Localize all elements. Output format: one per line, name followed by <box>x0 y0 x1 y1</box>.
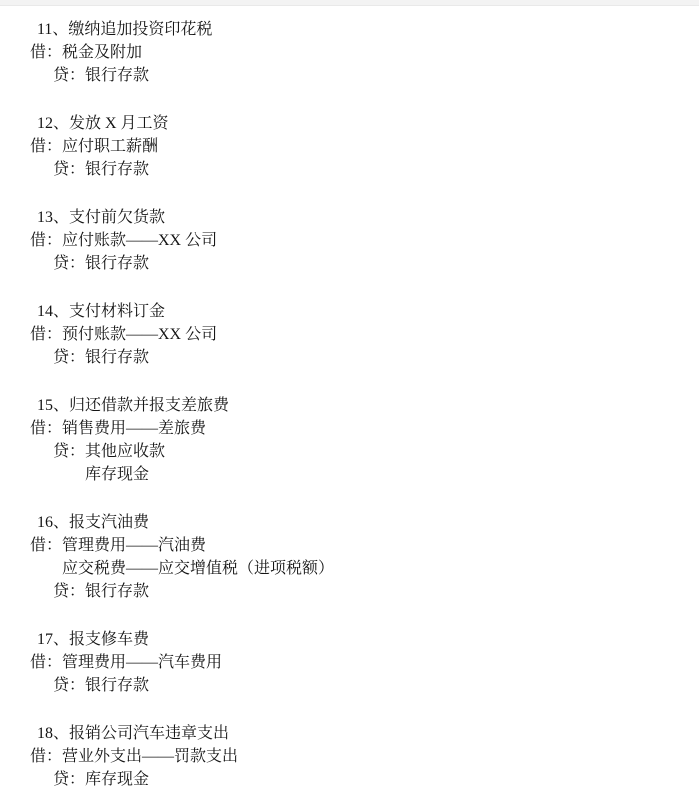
debit-line: 借：管理费用——汽车费用 <box>0 651 699 674</box>
journal-entry-14: 14、支付材料订金 借：预付账款——XX 公司 贷：银行存款 <box>0 300 699 369</box>
entry-title: 16、报支汽油费 <box>0 511 699 534</box>
entry-title: 13、支付前欠货款 <box>0 206 699 229</box>
debit-line: 借：税金及附加 <box>0 41 699 64</box>
credit-line: 贷：银行存款 <box>0 674 699 697</box>
journal-entry-11: 11、缴纳追加投资印花税 借：税金及附加 贷：银行存款 <box>0 18 699 87</box>
debit-line: 借：预付账款——XX 公司 <box>0 323 699 346</box>
entry-title: 15、归还借款并报支差旅费 <box>0 394 699 417</box>
debit-line: 借：营业外支出——罚款支出 <box>0 745 699 768</box>
journal-entries-document: 11、缴纳追加投资印花税 借：税金及附加 贷：银行存款 12、发放 X 月工资 … <box>0 6 699 791</box>
journal-entry-15: 15、归还借款并报支差旅费 借：销售费用——差旅费 贷：其他应收款 库存现金 <box>0 394 699 486</box>
entry-title: 17、报支修车费 <box>0 628 699 651</box>
debit-line: 借：应付职工薪酬 <box>0 135 699 158</box>
entry-title: 12、发放 X 月工资 <box>0 112 699 135</box>
entry-title: 11、缴纳追加投资印花税 <box>0 18 699 41</box>
credit-line: 贷：库存现金 <box>0 768 699 791</box>
debit-line: 借：管理费用——汽油费 <box>0 534 699 557</box>
journal-entry-12: 12、发放 X 月工资 借：应付职工薪酬 贷：银行存款 <box>0 112 699 181</box>
credit-line-2: 库存现金 <box>0 463 699 486</box>
debit-line: 借：应付账款——XX 公司 <box>0 229 699 252</box>
credit-line: 贷：银行存款 <box>0 346 699 369</box>
debit-line: 借：销售费用——差旅费 <box>0 417 699 440</box>
credit-line: 贷：其他应收款 <box>0 440 699 463</box>
journal-entry-17: 17、报支修车费 借：管理费用——汽车费用 贷：银行存款 <box>0 628 699 697</box>
journal-entry-16: 16、报支汽油费 借：管理费用——汽油费 应交税费——应交增值税（进项税额） 贷… <box>0 511 699 603</box>
journal-entry-18: 18、报销公司汽车违章支出 借：营业外支出——罚款支出 贷：库存现金 <box>0 722 699 791</box>
credit-line: 贷：银行存款 <box>0 64 699 87</box>
entry-title: 14、支付材料订金 <box>0 300 699 323</box>
credit-line: 贷：银行存款 <box>0 580 699 603</box>
debit-line-2: 应交税费——应交增值税（进项税额） <box>0 557 699 580</box>
entry-title: 18、报销公司汽车违章支出 <box>0 722 699 745</box>
credit-line: 贷：银行存款 <box>0 158 699 181</box>
journal-entry-13: 13、支付前欠货款 借：应付账款——XX 公司 贷：银行存款 <box>0 206 699 275</box>
credit-line: 贷：银行存款 <box>0 252 699 275</box>
